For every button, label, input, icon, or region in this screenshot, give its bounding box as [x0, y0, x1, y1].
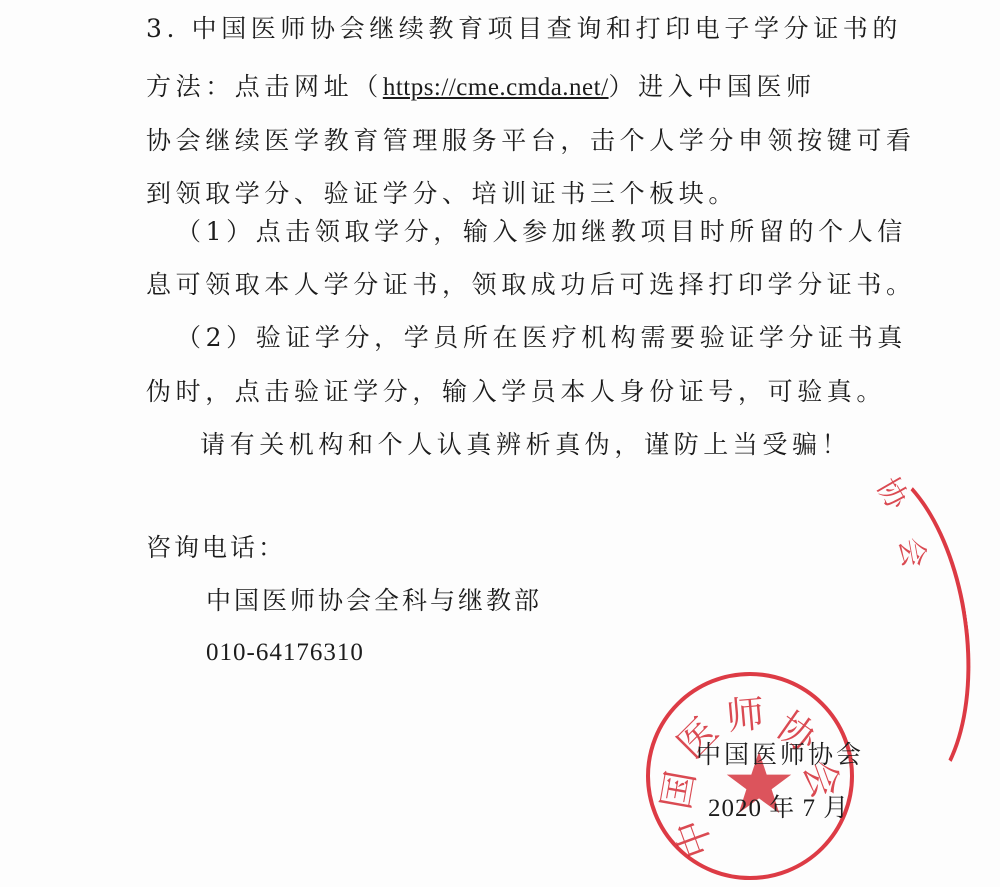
contact-department: 中国医师协会全科与继教部: [206, 586, 542, 616]
warning-text: 请有关机构和个人认真辨析真伪，谨防上当受骗！: [200, 430, 851, 460]
section3-line2-prefix: 方法：点击网址（: [146, 72, 383, 101]
document-page: 3. 中国医师协会继续教育项目查询和打印电子学分证书的 方法：点击网址（http…: [0, 0, 1000, 887]
item2-line1: （2）验证学分，学员所在医疗机构需要验证学分证书真: [176, 323, 907, 353]
section3-line3: 协会继续医学教育管理服务平台，击个人学分申领按键可看: [146, 126, 916, 156]
item2-line2: 伪时，点击验证学分，输入学员本人身份证号，可验真。: [146, 377, 886, 407]
item1-line2: 息可领取本人学分证书，领取成功后可选择打印学分证书。: [146, 270, 916, 300]
contact-phone: 010-64176310: [206, 638, 364, 668]
signature-date: 2020 年 7 月: [708, 794, 849, 824]
cme-website-link[interactable]: https://cme.cmda.net/: [383, 74, 609, 101]
item1-line1: （1）点击领取学分，输入参加继教项目时所留的个人信: [176, 217, 907, 247]
stamp-char-shi: 师: [724, 682, 767, 740]
section3-line2: 方法：点击网址（https://cme.cmda.net/）进入中国医师: [146, 72, 816, 103]
signature-organization: 中国医师协会: [696, 740, 864, 770]
section3-line2-suffix: ）进入中国医师: [609, 72, 816, 101]
section3-line4: 到领取学分、验证学分、培训证书三个板块。: [146, 179, 738, 209]
contact-label: 咨询电话：: [146, 533, 286, 563]
section3-line1: 3. 中国医师协会继续教育项目查询和打印电子学分证书的: [146, 14, 902, 44]
